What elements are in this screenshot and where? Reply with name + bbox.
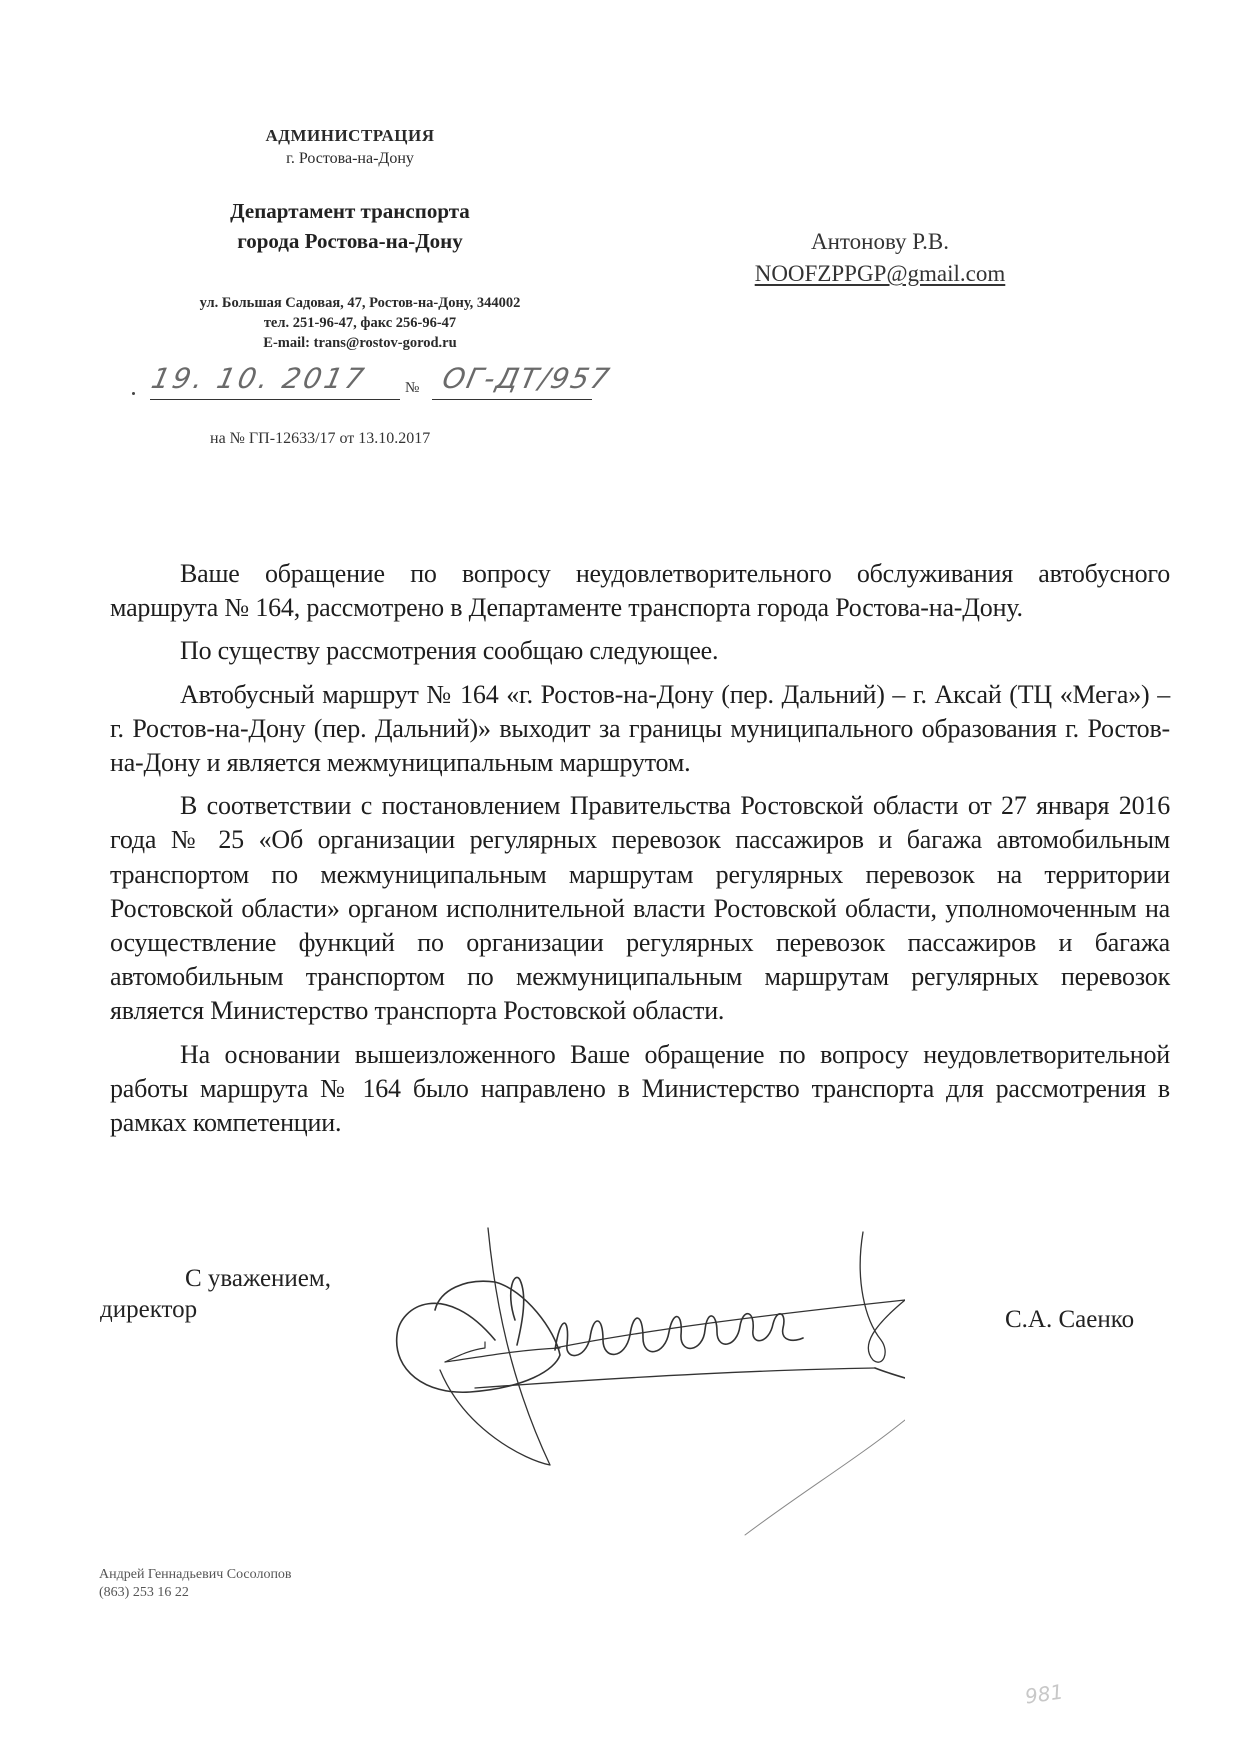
registration-line: 19. 10. 2017 № ОГ-ДТ/957 bbox=[130, 362, 620, 412]
letterhead-email: E-mail: trans@rostov-gorod.ru bbox=[130, 333, 590, 353]
executor-name: Андрей Геннадьевич Сосолопов bbox=[99, 1566, 292, 1584]
department-line-2: города Ростова-на-Дону bbox=[160, 226, 540, 256]
department-line-1: Департамент транспорта bbox=[160, 196, 540, 226]
registration-date: 19. 10. 2017 bbox=[148, 362, 369, 395]
date-underline bbox=[150, 399, 400, 400]
executor-info: Андрей Геннадьевич Сосолопов (863) 253 1… bbox=[99, 1566, 292, 1602]
body-paragraph: Ваше обращение по вопросу неудовлетворит… bbox=[110, 557, 1170, 625]
letterhead-phone: тел. 251-96-47, факс 256-96-47 bbox=[130, 313, 590, 333]
pencil-page-mark: 981 bbox=[1024, 1679, 1065, 1708]
signer-position: директор bbox=[100, 1296, 197, 1324]
closing-phrase: С уважением, bbox=[185, 1265, 331, 1293]
letterhead-city: г. Ростова-на-Дону bbox=[200, 150, 500, 168]
letterhead-address: ул. Большая Садовая, 47, Ростов-на-Дону,… bbox=[130, 293, 590, 313]
number-sign: № bbox=[405, 380, 419, 397]
body-paragraph: Автобусный маршрут № 164 «г. Ростов-на-Д… bbox=[110, 678, 1170, 781]
body-paragraph: В соответствии с постановлением Правител… bbox=[110, 789, 1170, 1028]
letterhead-contacts: ул. Большая Садовая, 47, Ростов-на-Дону,… bbox=[130, 293, 590, 353]
letterhead-administration: АДМИНИСТРАЦИЯ bbox=[200, 126, 500, 146]
addressee-email: NOOFZPPGP@gmail.com bbox=[700, 258, 1060, 290]
body-paragraph: На основании вышеизложенного Ваше обраще… bbox=[110, 1038, 1170, 1141]
reference-number: на № ГП-12633/17 от 13.10.2017 bbox=[210, 430, 430, 448]
handwritten-signature-icon bbox=[385, 1220, 905, 1540]
executor-phone: (863) 253 16 22 bbox=[99, 1584, 292, 1602]
body-paragraph: По существу рассмотрения сообщаю следующ… bbox=[110, 634, 1170, 668]
addressee-name: Антонову Р.В. bbox=[700, 226, 1060, 258]
letterhead-department: Департамент транспорта города Ростова-на… bbox=[160, 196, 540, 256]
signer-name: С.А. Саенко bbox=[1005, 1306, 1134, 1334]
number-underline bbox=[432, 399, 592, 400]
addressee-block: Антонову Р.В. NOOFZPPGP@gmail.com bbox=[700, 226, 1060, 290]
ink-dot bbox=[132, 392, 135, 395]
registration-number: ОГ-ДТ/957 bbox=[439, 362, 614, 395]
letter-body: Ваше обращение по вопросу неудовлетворит… bbox=[110, 557, 1170, 1140]
